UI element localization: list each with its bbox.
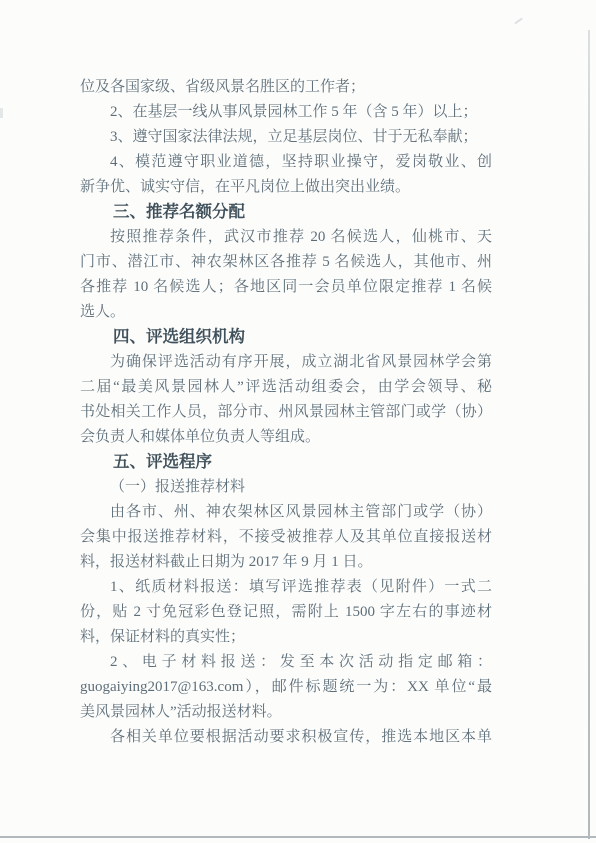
text-line: 份，贴 2 寸免冠彩色登记照，需附上 1500 字左右的事迹材 <box>80 600 492 625</box>
text-line: 会集中报送推荐材料，不接受被推荐人及其单位直接报送材 <box>80 525 492 550</box>
section-heading: 四、评选组织机构 <box>80 325 492 350</box>
text-line: 为确保评选活动有序开展，成立湖北省风景园林学会第 <box>80 350 492 375</box>
text-line: 料，报送材料截止日期为 2017 年 9 月 1 日。 <box>80 550 492 575</box>
text-line: 2、在基层一线从事风景园林工作 5 年（含 5 年）以上； <box>80 100 492 125</box>
text-line: 门市、潜江市、神农架林区各推荐 5 名候选人，其他市、州 <box>80 250 492 275</box>
text-line: （一）报送推荐材料 <box>80 475 492 500</box>
text-line: 各推荐 10 名候选人；各地区同一会员单位限定推荐 1 名候 <box>80 275 492 300</box>
text-line: guogaiying2017@163.com），邮件标题统一为：XX 单位“最 <box>80 675 492 700</box>
section-heading: 五、评选程序 <box>80 450 492 475</box>
text-line: 位及各国家级、省级风景名胜区的工作者； <box>80 75 492 100</box>
text-line: 2、电子材料报送：发至本次活动指定邮箱： <box>80 650 492 675</box>
scan-artifact <box>514 18 523 25</box>
text-line: 美风景园林人”活动报送材料。 <box>80 700 492 725</box>
text-line: 料，保证材料的真实性； <box>80 625 492 650</box>
section-heading: 三、推荐名额分配 <box>80 200 492 225</box>
text-line: 会负责人和媒体单位负责人等组成。 <box>80 425 492 450</box>
text-line: 按照推荐条件，武汉市推荐 20 名候选人，仙桃市、天 <box>80 225 492 250</box>
scanned-document-page: 位及各国家级、省级风景名胜区的工作者；2、在基层一线从事风景园林工作 5 年（含… <box>0 0 596 843</box>
text-line: 各相关单位要根据活动要求积极宣传，推选本地区本单 <box>80 725 492 750</box>
text-line: 新争优、诚实守信，在平凡岗位上做出突出业绩。 <box>80 175 492 200</box>
text-line: 4、模范遵守职业道德，坚持职业操守，爱岗敬业、创 <box>80 150 492 175</box>
text-line: 由各市、州、神农架林区风景园林主管部门或学（协） <box>80 500 492 525</box>
text-line: 书处相关工作人员，部分市、州风景园林主管部门或学（协） <box>80 400 492 425</box>
text-line: 1、纸质材料报送：填写评选推荐表（见附件）一式二 <box>80 575 492 600</box>
document-body: 位及各国家级、省级风景名胜区的工作者；2、在基层一线从事风景园林工作 5 年（含… <box>80 75 492 750</box>
text-line: 二届“最美风景园林人”评选活动组委会，由学会领导、秘 <box>80 375 492 400</box>
scan-speck <box>0 108 3 118</box>
scan-edge-right <box>588 30 590 839</box>
text-line: 选人。 <box>80 300 492 325</box>
scan-edge-bottom <box>0 836 596 838</box>
text-line: 3、遵守国家法律法规，立足基层岗位、甘于无私奉献； <box>80 125 492 150</box>
